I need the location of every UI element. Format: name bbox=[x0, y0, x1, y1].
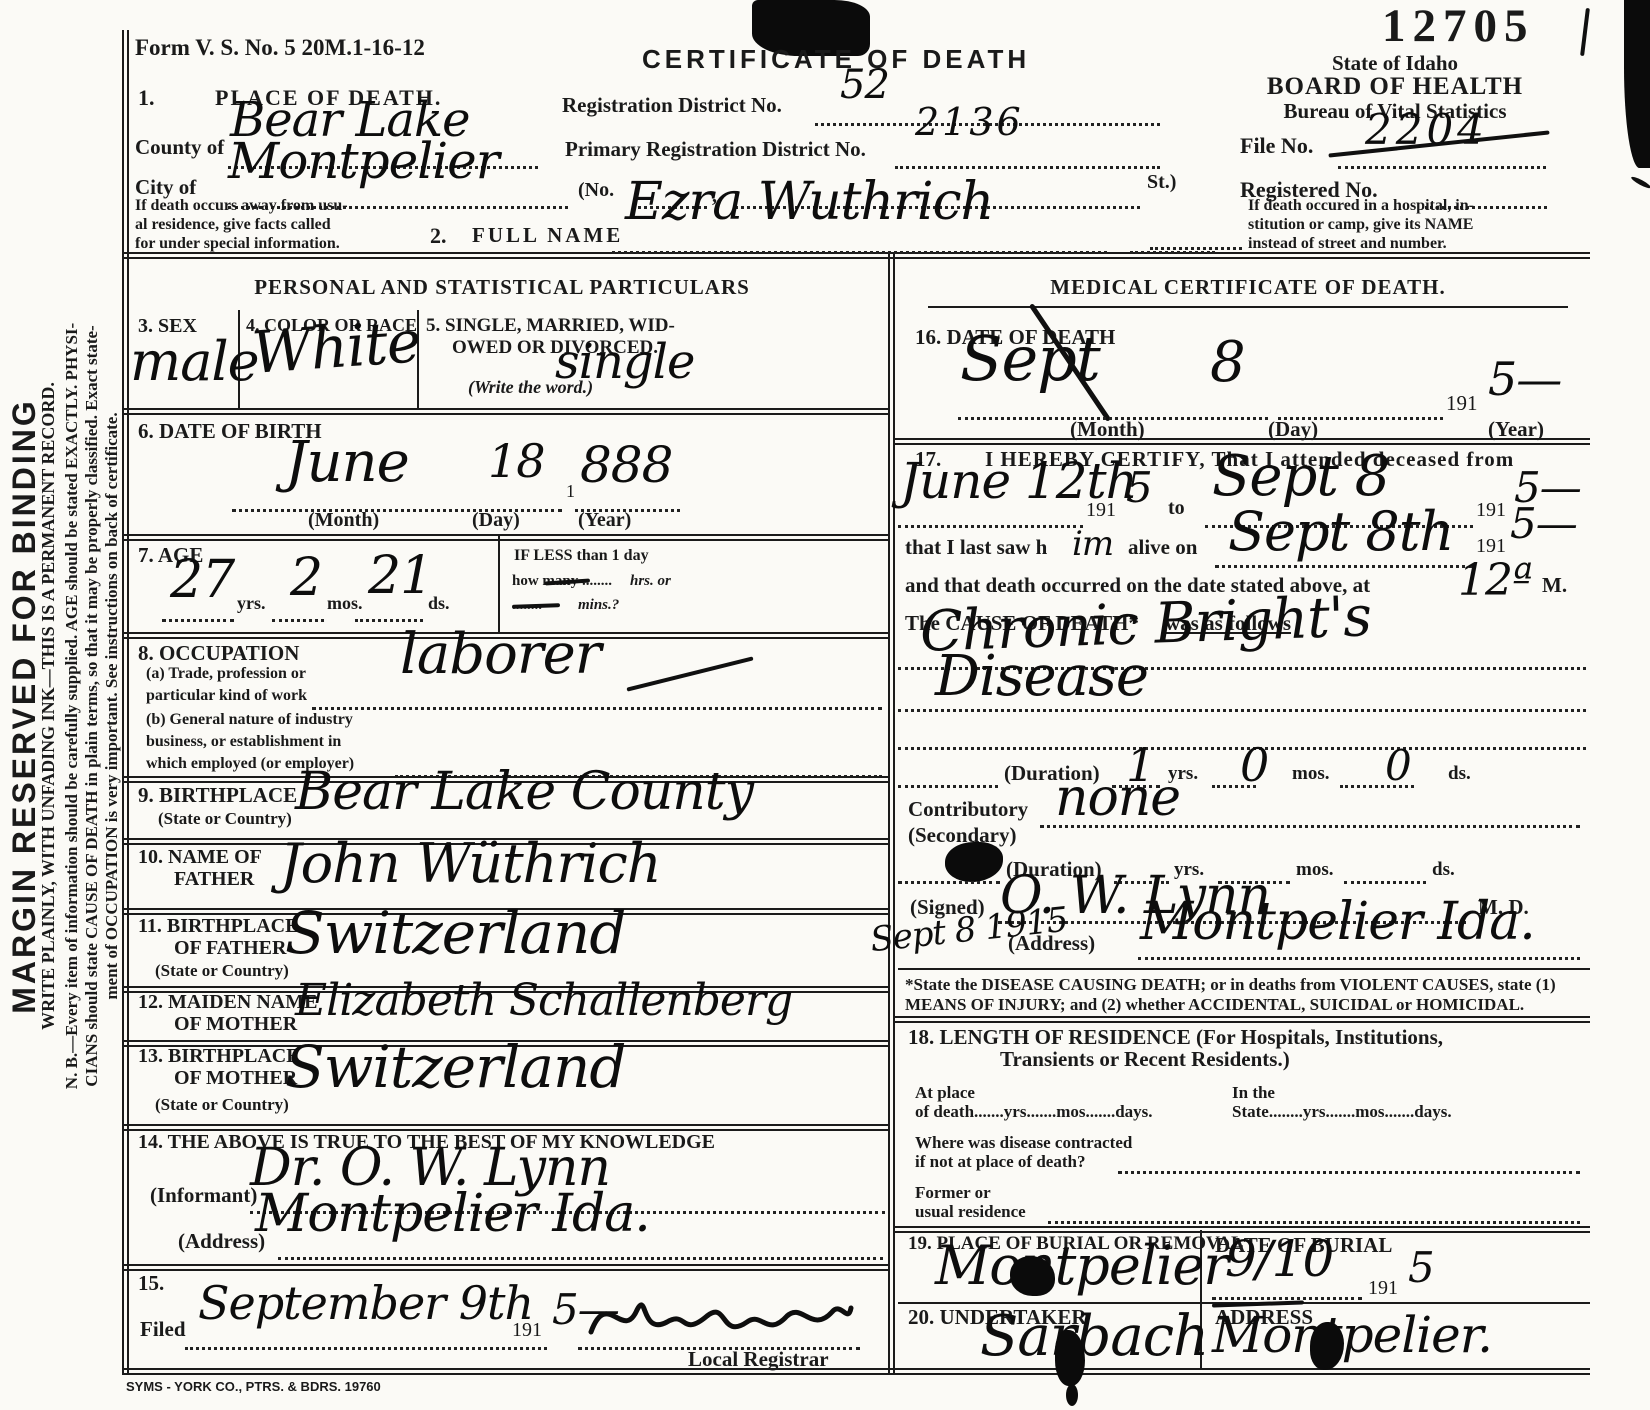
attended-from-year-prefix: 191 bbox=[1086, 500, 1116, 521]
registration-district-label: Registration District No. bbox=[562, 94, 782, 116]
at-place-label-line1: At place bbox=[915, 1084, 975, 1102]
row-divider bbox=[122, 534, 888, 541]
marital-hint: (Write the word.) bbox=[468, 378, 593, 397]
informant-address-value: Montpelier Ida. bbox=[255, 1190, 650, 1239]
burial-year-value: 5 bbox=[1408, 1248, 1434, 1288]
residence-label-line2: Transients or Recent Residents.) bbox=[1000, 1048, 1290, 1070]
occupation-label: 8. OCCUPATION bbox=[138, 642, 299, 664]
age-yrs-label: yrs. bbox=[237, 594, 266, 613]
mother-label-line1: 12. MAIDEN NAME bbox=[138, 992, 317, 1013]
age-mos-label: mos. bbox=[327, 594, 363, 613]
ifless-label-line1: IF LESS than 1 day bbox=[514, 548, 649, 565]
last-saw-year-prefix: 191 bbox=[1476, 536, 1506, 557]
duration2-mos-label: mos. bbox=[1296, 860, 1333, 880]
informant-address-label: (Address) bbox=[178, 1230, 265, 1252]
full-name-value: Ezra Wuthrich bbox=[625, 178, 993, 227]
leader-line bbox=[1150, 244, 1242, 250]
hand-flourish-mark bbox=[626, 656, 753, 691]
birthplace-hint: (State or Country) bbox=[158, 810, 292, 828]
father-bp-label-line1: 11. BIRTHPLACE bbox=[138, 916, 298, 937]
away-note-line2: al residence, give facts called bbox=[135, 217, 331, 234]
sex-value: male bbox=[130, 336, 259, 387]
margin-note-line2: CIANS should state CAUSE OF DEATH in pla… bbox=[82, 8, 102, 1404]
leader-line bbox=[1048, 1218, 1580, 1224]
leader-line bbox=[898, 782, 998, 788]
death-day-hint: (Day) bbox=[1268, 418, 1318, 440]
undertaker-address-value: Montpelier. bbox=[1212, 1312, 1492, 1360]
occupation-value: laborer bbox=[400, 628, 601, 681]
ink-blot bbox=[945, 842, 1003, 882]
away-note-line3: for under special information. bbox=[135, 236, 340, 253]
attended-to-value: Sept 8 bbox=[1212, 450, 1389, 503]
marital-label-line1: 5. SINGLE, MARRIED, WID- bbox=[426, 316, 675, 336]
race-value: White bbox=[250, 314, 422, 381]
father-value: John Wüthrich bbox=[280, 838, 661, 889]
margin-write-plainly: WRITE PLAINLY, WITH UNFADING INK—THIS IS… bbox=[38, 8, 59, 1404]
dob-year-value: 888 bbox=[580, 442, 672, 490]
ink-drip bbox=[1066, 1384, 1078, 1406]
primary-district-label: Primary Registration District No. bbox=[565, 138, 866, 160]
age-ds-label: ds. bbox=[428, 594, 450, 613]
filed-label: Filed bbox=[140, 1318, 186, 1340]
occupation-b-line1: (b) General nature of industry bbox=[146, 712, 353, 729]
duration-mos-value: 0 bbox=[1240, 744, 1268, 788]
filed-year-prefix: 191 bbox=[512, 1320, 542, 1341]
primary-district-value: 2136 bbox=[915, 104, 1024, 140]
attended-from-year-value: 5 bbox=[1126, 468, 1152, 508]
death-certificate-scan: { "margin": { "binding": "MARGIN RESERVE… bbox=[0, 0, 1650, 1410]
duration2-ds-label: ds. bbox=[1432, 860, 1455, 880]
birthplace-label: 9. BIRTHPLACE bbox=[138, 784, 297, 806]
dob-year-hint: (Year) bbox=[578, 510, 631, 531]
leader-line bbox=[898, 522, 1083, 528]
margin-note-line1: N. B.—Every item of information should b… bbox=[62, 8, 82, 1404]
occupation-a-line1: (a) Trade, profession or bbox=[146, 666, 306, 683]
margin-note-line3: ment of OCCUPATION is very important. Se… bbox=[102, 8, 122, 1404]
age-ifless-divider bbox=[498, 536, 500, 632]
age-months-value: 2 bbox=[290, 554, 322, 603]
residence-label-line1: 18. LENGTH OF RESIDENCE (For Hospitals, … bbox=[908, 1026, 1443, 1048]
informant-label: (Informant) bbox=[150, 1184, 257, 1206]
right-column-title: MEDICAL CERTIFICATE OF DEATH. bbox=[928, 276, 1568, 298]
former-residence-label-line2: usual residence bbox=[915, 1203, 1026, 1221]
duration-mos-label: mos. bbox=[1292, 764, 1329, 784]
scan-mark bbox=[1580, 8, 1590, 56]
city-value: Montpelier bbox=[228, 138, 499, 186]
state-label: State of Idaho bbox=[1245, 52, 1545, 74]
scan-hook-mark bbox=[1630, 175, 1650, 190]
leader-line bbox=[1040, 822, 1580, 828]
away-note-line1: If death occurs away from usu- bbox=[135, 198, 348, 215]
last-saw-him-value: im bbox=[1072, 528, 1113, 560]
death-month-hint: (Month) bbox=[1070, 418, 1145, 440]
attended-to-year-prefix: 191 bbox=[1476, 500, 1506, 521]
row-divider bbox=[895, 1016, 1590, 1023]
cause-footnote-line2: MEANS OF INJURY; and (2) whether ACCIDEN… bbox=[905, 996, 1524, 1014]
section1-number: 1. bbox=[138, 86, 155, 109]
certificate-title: CERTIFICATE OF DEATH bbox=[642, 46, 1030, 73]
death-year-hint: (Year) bbox=[1488, 418, 1544, 440]
leader-line bbox=[312, 704, 882, 710]
contributory-label: Contributory bbox=[908, 798, 1028, 820]
row-divider bbox=[122, 1124, 888, 1131]
leader-line bbox=[1344, 878, 1426, 884]
ifless-hrs-label: hrs. or bbox=[630, 574, 671, 590]
duration-ds-value: 0 bbox=[1385, 746, 1411, 786]
row-divider bbox=[122, 1264, 888, 1271]
dob-day-hint: (Day) bbox=[472, 510, 520, 531]
leader-line bbox=[162, 616, 234, 622]
printer-imprint: SYMS - YORK CO., PTRS. & BDRS. 19760 bbox=[126, 1380, 381, 1394]
death-year-value: 5— bbox=[1488, 358, 1561, 402]
former-residence-label-line1: Former or bbox=[915, 1184, 991, 1202]
mother-bp-hint: (State or Country) bbox=[155, 1096, 289, 1114]
father-bp-hint: (State or Country) bbox=[155, 962, 289, 980]
leader-line bbox=[1212, 1294, 1362, 1300]
filed-date-value: September 9th bbox=[198, 1282, 533, 1326]
death-year-prefix: 191 bbox=[1446, 392, 1478, 414]
leader-line bbox=[272, 616, 324, 622]
mother-bp-label-line2: OF MOTHER bbox=[174, 1068, 297, 1089]
leader-line bbox=[612, 248, 1107, 254]
leader-line bbox=[1118, 1168, 1580, 1174]
registration-district-value: 52 bbox=[840, 66, 889, 104]
age-years-value: 27 bbox=[170, 556, 234, 605]
local-registrar-label: Local Registrar bbox=[688, 1348, 829, 1370]
leader-line bbox=[1338, 163, 1546, 169]
left-column-title: PERSONAL AND STATISTICAL PARTICULARS bbox=[152, 276, 852, 298]
dob-month-value: June bbox=[285, 436, 409, 489]
last-saw-text-2: alive on bbox=[1128, 536, 1197, 558]
to-label: to bbox=[1168, 498, 1185, 519]
hospital-note-line1: If death occured in a hospital, in- bbox=[1248, 198, 1474, 215]
leader-line bbox=[185, 1344, 547, 1350]
footnote-divider bbox=[898, 968, 1590, 970]
leader-line bbox=[278, 1254, 883, 1260]
street-label: St.) bbox=[1147, 172, 1176, 193]
duration-ds-label: ds. bbox=[1448, 764, 1471, 784]
burial-year-prefix: 191 bbox=[1368, 1278, 1398, 1299]
form-number: Form V. S. No. 5 20M.1-16-12 bbox=[135, 36, 425, 60]
ink-blot bbox=[1010, 1256, 1055, 1296]
hospital-note-line3: instead of street and number. bbox=[1248, 236, 1447, 253]
occupation-a-line2: particular kind of work bbox=[146, 688, 307, 705]
mother-bp-label-line1: 13. BIRTHPLACE bbox=[138, 1046, 300, 1067]
leader-line bbox=[898, 706, 1586, 712]
contracted-label-line2: if not at place of death? bbox=[915, 1153, 1085, 1171]
occupation-b-line2: business, or establishment in bbox=[146, 734, 341, 751]
dob-year-prefix: 1 bbox=[566, 482, 575, 501]
form-left-border bbox=[122, 30, 129, 1374]
in-state-label-line2: State........yrs.......mos.......days. bbox=[1232, 1103, 1452, 1121]
mother-value: Elizabeth Schallenberg bbox=[295, 980, 792, 1022]
leader-line bbox=[898, 878, 1000, 884]
contracted-label-line1: Where was disease contracted bbox=[915, 1134, 1132, 1152]
full-name-label: FULL NAME bbox=[472, 224, 623, 246]
mother-bp-value: Switzerland bbox=[285, 1040, 625, 1095]
hospital-note-line2: stitution or camp, give its NAME bbox=[1248, 217, 1473, 234]
title-underline bbox=[928, 306, 1568, 308]
contributory-value: none bbox=[1055, 774, 1180, 823]
death-day-value: 8 bbox=[1210, 336, 1245, 389]
in-state-label-line1: In the bbox=[1232, 1084, 1275, 1102]
city-label: City of bbox=[135, 176, 196, 198]
last-saw-text-1: that I last saw h bbox=[905, 536, 1047, 558]
leader-line bbox=[1138, 954, 1580, 960]
column-divider bbox=[888, 252, 895, 1374]
leader-line bbox=[1215, 562, 1473, 568]
father-label-line2: FATHER bbox=[174, 869, 254, 890]
section2-number: 2. bbox=[430, 224, 447, 247]
father-bp-label-line2: OF FATHER bbox=[174, 938, 286, 959]
county-label: County of bbox=[135, 136, 224, 158]
board-label: BOARD OF HEALTH bbox=[1245, 74, 1545, 100]
serial-number: 12705 bbox=[1382, 2, 1535, 51]
physician-address-value: Montpelier Ida. bbox=[1140, 898, 1535, 947]
registrar-signature bbox=[585, 1282, 855, 1353]
last-saw-year-value: 5— bbox=[1510, 504, 1577, 544]
cause-footnote-line1: *State the DISEASE CAUSING DEATH; or in … bbox=[905, 976, 1556, 994]
meridiem-label: M. bbox=[1542, 574, 1567, 596]
at-place-label-line2: of death.......yrs.......mos.......days. bbox=[915, 1103, 1153, 1121]
form-bottom-border bbox=[122, 1368, 1590, 1375]
dob-month-hint: (Month) bbox=[308, 510, 379, 531]
father-label-line1: 10. NAME OF bbox=[138, 847, 262, 868]
undertaker-value: Sarbach bbox=[980, 1310, 1208, 1363]
burial-place-value: Montpelier bbox=[935, 1240, 1228, 1291]
row-divider bbox=[122, 408, 888, 415]
father-bp-value: Switzerland bbox=[285, 906, 625, 961]
file-no-label: File No. bbox=[1240, 134, 1313, 157]
last-saw-date-value: Sept 8th bbox=[1228, 506, 1453, 557]
hand-dash-mark bbox=[512, 603, 560, 609]
occurred-time-value: 12ª bbox=[1458, 560, 1532, 602]
cause-value-line1: Chronic Bright's bbox=[919, 590, 1372, 659]
street-no-label: (No. bbox=[578, 180, 614, 201]
ifless-mins-label: mins.? bbox=[578, 598, 619, 614]
burial-date-value: 9/10 bbox=[1225, 1236, 1333, 1284]
birthplace-value: Bear Lake County bbox=[295, 768, 753, 817]
corner-scan-blob bbox=[1624, 0, 1650, 168]
leader-line bbox=[895, 163, 1160, 169]
age-days-value: 21 bbox=[368, 552, 432, 601]
physician-address-label: (Address) bbox=[1008, 932, 1095, 954]
mother-label-line2: OF MOTHER bbox=[174, 1014, 297, 1035]
section15-number: 15. bbox=[138, 1272, 164, 1294]
dob-day-value: 18 bbox=[488, 440, 545, 484]
